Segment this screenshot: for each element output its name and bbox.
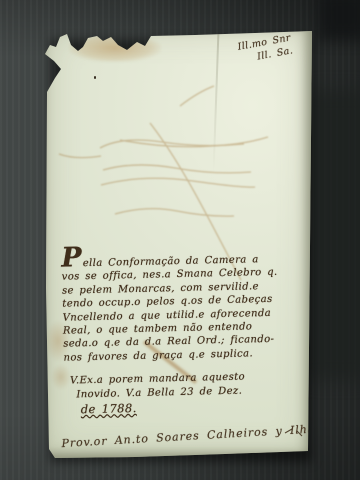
photo-canvas: Ill.mo Snr Ill. Sa. Pella Conformação da… <box>0 0 360 480</box>
signature-line: Prov.or An.to Soares Calheiros y Ilha <box>61 423 315 451</box>
letter-body: Pella Conformação da Camera a vos se off… <box>61 250 279 365</box>
letter-closing: V.Ex.a porem mandara aquesto Inovido. V.… <box>70 371 246 402</box>
backing-top-right-shadow <box>318 0 360 40</box>
handwriting-layer: Ill.mo Snr Ill. Sa. Pella Conformação da… <box>40 25 317 461</box>
manuscript-paper: Ill.mo Snr Ill. Sa. Pella Conformação da… <box>45 28 312 458</box>
salutation-inscription: Ill.mo Snr Ill. Sa. <box>187 31 294 75</box>
date-year-line: de 1788. <box>81 401 137 416</box>
backing-right-shadow <box>308 90 360 380</box>
